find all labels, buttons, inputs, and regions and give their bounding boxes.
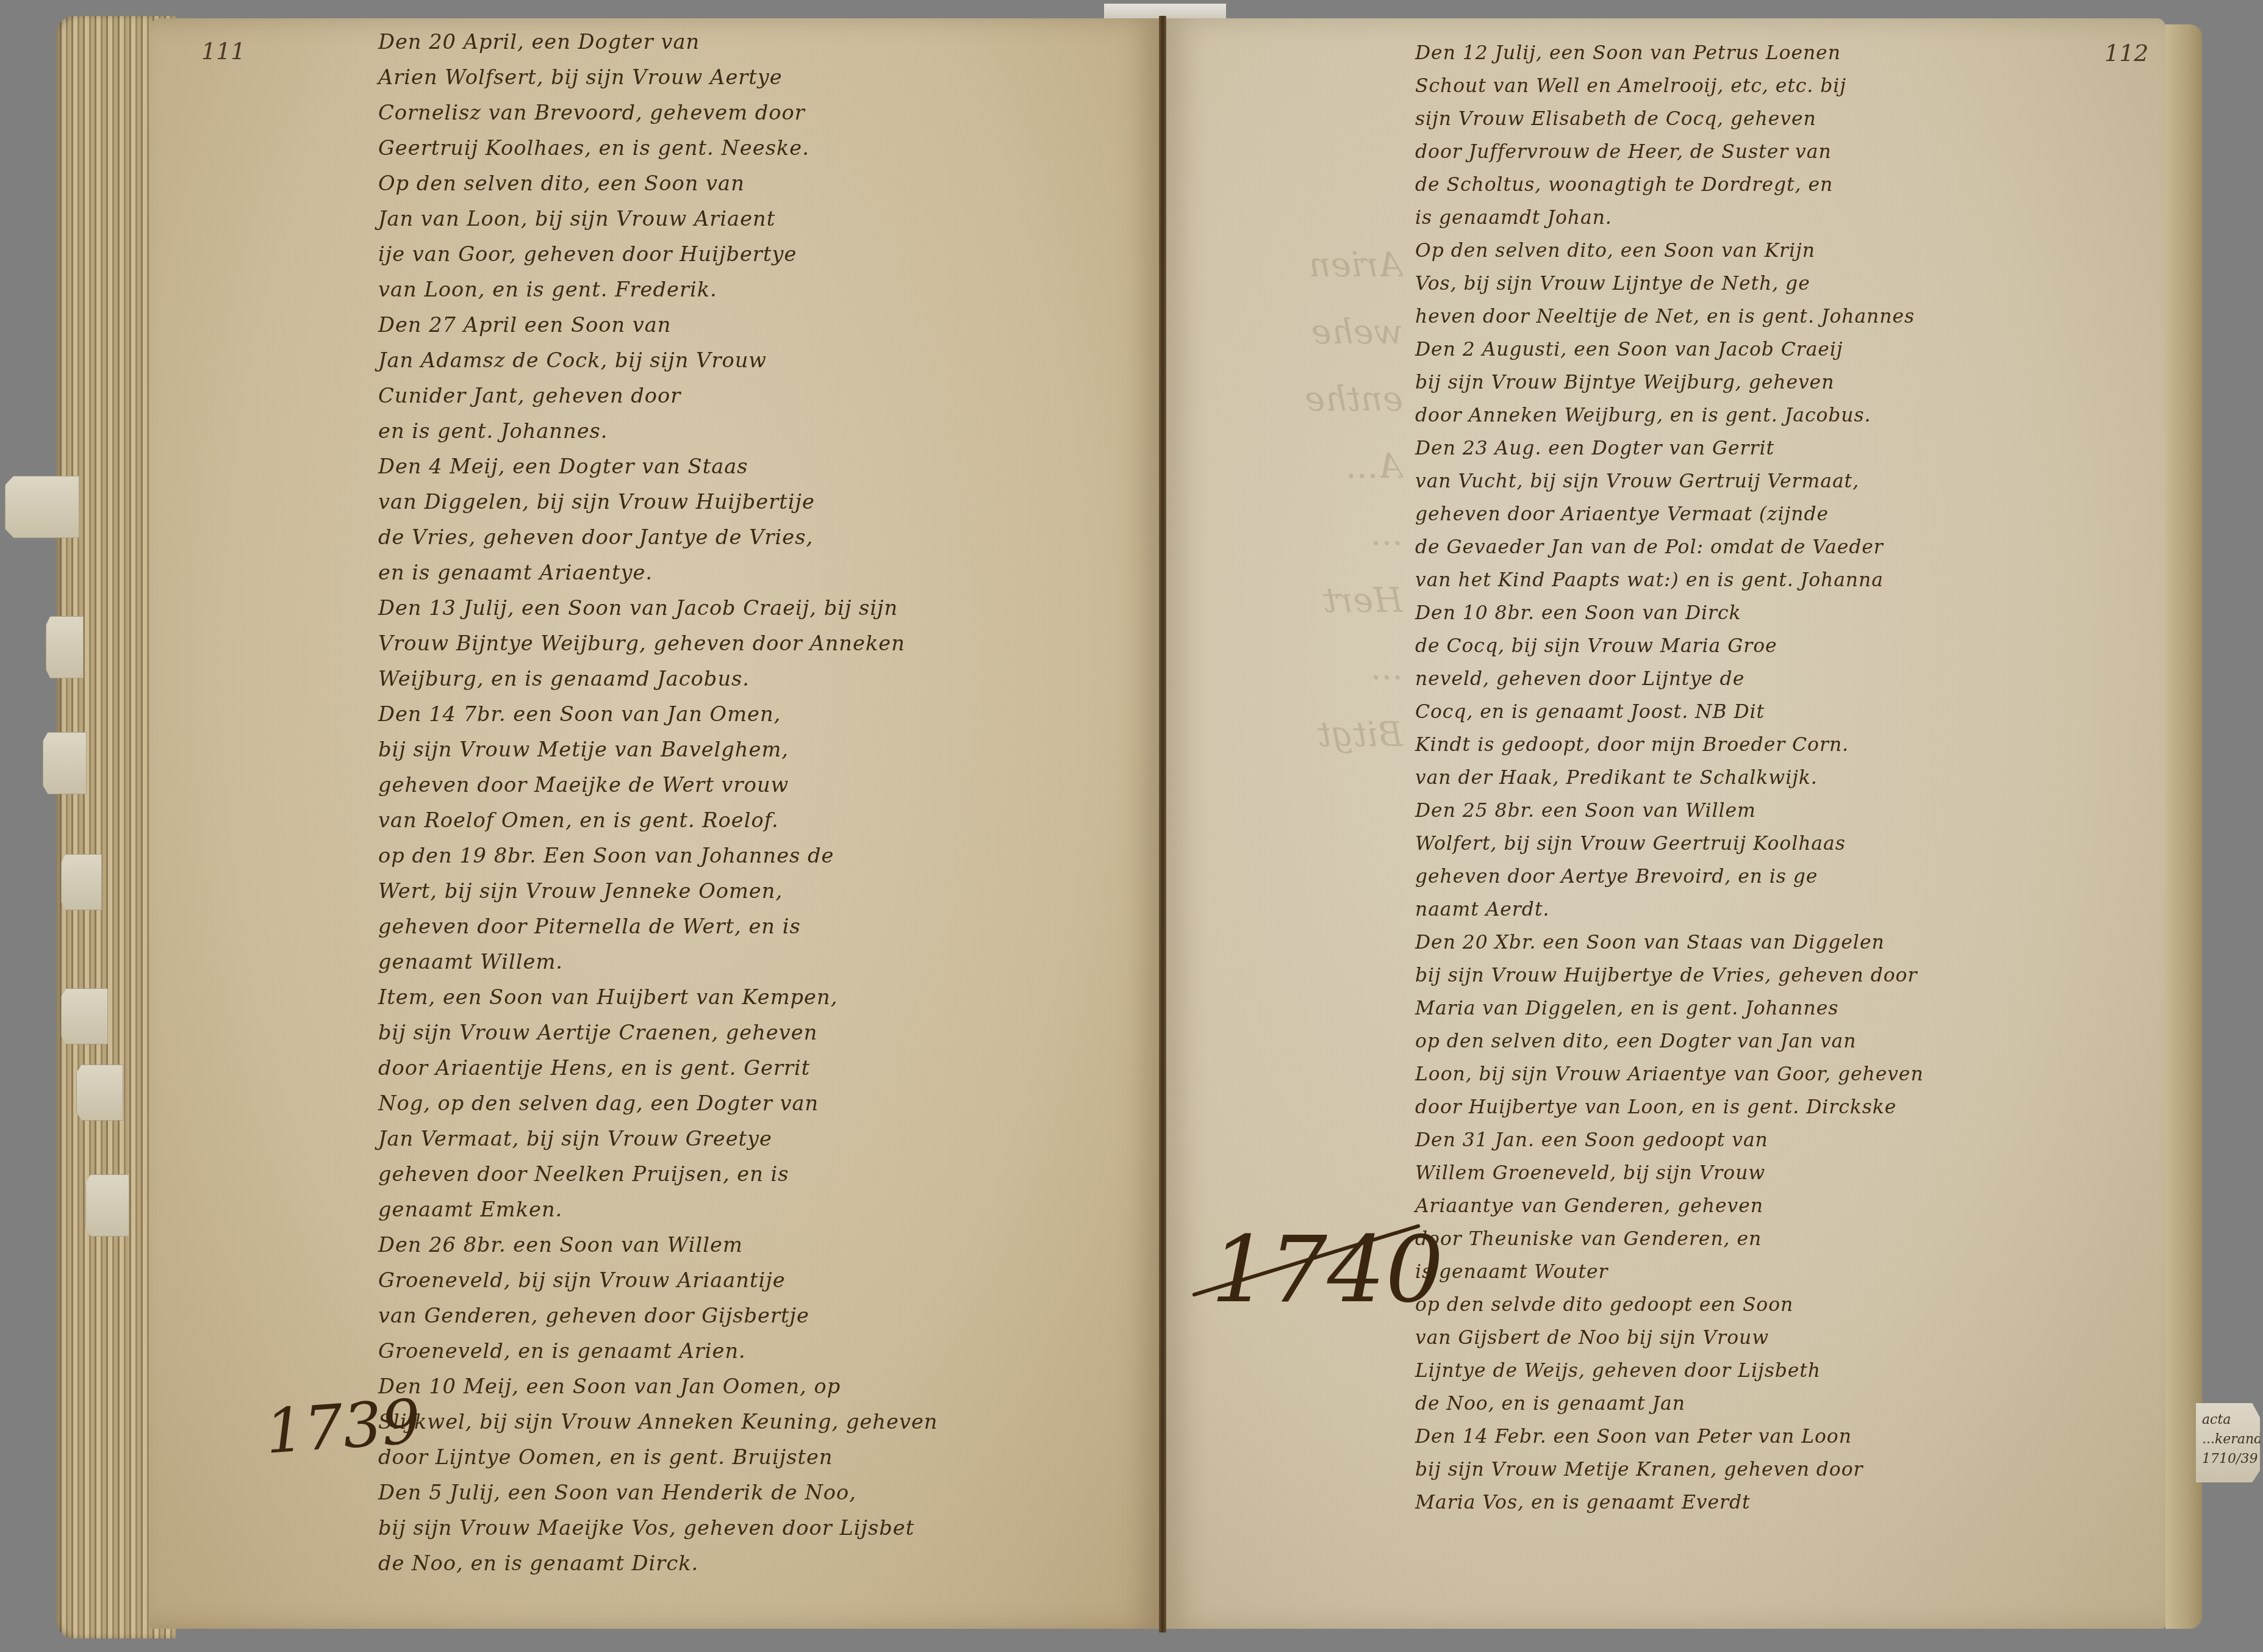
- register-line: Wolfert, bij sijn Vrouw Geertruij Koolha…: [1415, 827, 2135, 860]
- register-line: Cocq, en is genaamt Joost. NB Dit: [1415, 695, 2135, 728]
- register-line: Loon, bij sijn Vrouw Ariaentye van Goor,…: [1415, 1058, 2135, 1091]
- register-line: Groeneveld, bij sijn Vrouw Ariaantije: [378, 1263, 1128, 1298]
- register-line: neveld, geheven door Lijntye de: [1415, 663, 2135, 695]
- register-line: Den 20 April, een Dogter van: [378, 24, 1128, 60]
- register-line: Den 20 Xbr. een Soon van Staas van Digge…: [1415, 926, 2135, 959]
- register-line: de Cocq, bij sijn Vrouw Maria Groe: [1415, 630, 2135, 663]
- left-page-entries: Den 20 April, een Dogter vanArien Wolfse…: [378, 24, 1128, 1581]
- register-line: Wert, bij sijn Vrouw Jenneke Oomen,: [378, 874, 1128, 909]
- register-line: Vos, bij sijn Vrouw Lijntye de Neth, ge: [1415, 267, 2135, 300]
- register-line: Den 26 8br. een Soon van Willem: [378, 1227, 1128, 1263]
- register-line: bij sijn Vrouw Aertije Craenen, geheven: [378, 1015, 1128, 1050]
- register-line: Slijkwel, bij sijn Vrouw Anneken Keuning…: [378, 1404, 1128, 1440]
- right-page-entries: Den 12 Julij, een Soon van Petrus Loenen…: [1415, 37, 2135, 1519]
- register-line: geheven door Aertye Brevoird, en is ge: [1415, 860, 2135, 893]
- index-tab: [5, 476, 79, 538]
- register-line: Cunider Jant, geheven door: [378, 378, 1128, 414]
- register-line: Den 4 Meij, een Dogter van Staas: [378, 449, 1128, 484]
- register-line: Den 10 8br. een Soon van Dirck: [1415, 597, 2135, 630]
- register-line: Den 12 Julij, een Soon van Petrus Loenen: [1415, 37, 2135, 70]
- register-line: Jan Adamsz de Cock, bij sijn Vrouw: [378, 343, 1128, 378]
- register-line: bij sijn Vrouw Metije Kranen, geheven do…: [1415, 1453, 2135, 1486]
- register-line: genaamt Willem.: [378, 944, 1128, 980]
- register-line: van Gijsbert de Noo bij sijn Vrouw: [1415, 1321, 2135, 1354]
- register-line: Maria Vos, en is genaamt Everdt: [1415, 1486, 2135, 1519]
- register-line: op den selvde dito gedoopt een Soon: [1415, 1288, 2135, 1321]
- register-line: geheven door Piternella de Wert, en is: [378, 909, 1128, 944]
- index-tab: [61, 854, 102, 910]
- register-line: door Theuniske van Genderen, en: [1415, 1223, 2135, 1255]
- label-line: ...kerand: [2202, 1430, 2258, 1449]
- register-line: Den 23 Aug. een Dogter van Gerrit: [1415, 432, 2135, 465]
- register-line: Kindt is gedoopt, door mijn Broeder Corn…: [1415, 728, 2135, 761]
- register-line: geheven door Ariaentye Vermaat (zijnde: [1415, 498, 2135, 531]
- register-line: van Genderen, geheven door Gijsbertje: [378, 1298, 1128, 1334]
- register-line: is genaamdt Johan.: [1415, 201, 2135, 234]
- index-tab: [43, 732, 87, 794]
- show-through-text: ArienweheentheA......Hert...Bitgt: [1202, 232, 1403, 1208]
- book-gutter: [1159, 16, 1166, 1632]
- register-line: Groeneveld, en is genaamt Arien.: [378, 1334, 1128, 1369]
- register-line: Den 2 Augusti, een Soon van Jacob Craeij: [1415, 333, 2135, 366]
- register-line: bij sijn Vrouw Bijntye Weijburg, geheven: [1415, 366, 2135, 399]
- register-line: de Noo, en is genaamt Dirck.: [378, 1546, 1128, 1581]
- register-line: Vrouw Bijntye Weijburg, geheven door Ann…: [378, 626, 1128, 661]
- register-line: is genaamt Wouter: [1415, 1255, 2135, 1288]
- register-line: Den 25 8br. een Soon van Willem: [1415, 794, 2135, 827]
- register-line: Geertruij Koolhaes, en is gent. Neeske.: [378, 131, 1128, 166]
- register-line: ije van Goor, geheven door Huijbertye: [378, 237, 1128, 272]
- register-line: Op den selven dito, een Soon van: [378, 166, 1128, 201]
- register-line: geheven door Maeijke de Wert vrouw: [378, 767, 1128, 803]
- register-line: Weijburg, en is genaamd Jacobus.: [378, 661, 1128, 697]
- year-margin-note-1739: 1739: [263, 1385, 423, 1467]
- register-line: Jan van Loon, bij sijn Vrouw Ariaent: [378, 201, 1128, 237]
- register-line: door Juffervrouw de Heer, de Suster van: [1415, 135, 2135, 168]
- register-line: Maria van Diggelen, en is gent. Johannes: [1415, 992, 2135, 1025]
- register-line: van Diggelen, bij sijn Vrouw Huijbertije: [378, 484, 1128, 520]
- year-margin-note-1740: 1740: [1211, 1217, 1444, 1323]
- register-line: de Vries, geheven door Jantye de Vries,: [378, 520, 1128, 555]
- register-line: door Lijntye Oomen, en is gent. Bruijste…: [378, 1440, 1128, 1475]
- register-line: de Noo, en is genaamt Jan: [1415, 1387, 2135, 1420]
- register-line: door Anneken Weijburg, en is gent. Jacob…: [1415, 399, 2135, 432]
- register-line: geheven door Neelken Pruijsen, en is: [378, 1157, 1128, 1192]
- register-line: de Scholtus, woonagtigh te Dordregt, en: [1415, 168, 2135, 201]
- register-line: van Roelof Omen, en is gent. Roelof.: [378, 803, 1128, 838]
- register-line: naamt Aerdt.: [1415, 893, 2135, 926]
- register-line: Schout van Well en Amelrooij, etc, etc. …: [1415, 70, 2135, 102]
- register-line: Den 14 7br. een Soon van Jan Omen,: [378, 697, 1128, 732]
- register-line: en is genaamt Ariaentye.: [378, 555, 1128, 591]
- register-line: bij sijn Vrouw Metije van Bavelghem,: [378, 732, 1128, 767]
- register-line: Den 27 April een Soon van: [378, 307, 1128, 343]
- register-line: van der Haak, Predikant te Schalkwijk.: [1415, 761, 2135, 794]
- archive-label-tab: acta ...kerand 1710/39: [2196, 1403, 2260, 1482]
- register-line: Den 13 Julij, een Soon van Jacob Craeij,…: [378, 591, 1128, 626]
- label-line: 1710/39: [2202, 1449, 2258, 1469]
- index-tab: [46, 616, 84, 678]
- index-tab: [85, 1174, 129, 1237]
- register-line: Ariaantye van Genderen, geheven: [1415, 1190, 2135, 1223]
- register-line: Den 10 Meij, een Soon van Jan Oomen, op: [378, 1369, 1128, 1404]
- register-line: Den 14 Febr. een Soon van Peter van Loon: [1415, 1420, 2135, 1453]
- register-line: Willem Groeneveld, bij sijn Vrouw: [1415, 1157, 2135, 1190]
- register-line: heven door Neeltije de Net, en is gent. …: [1415, 300, 2135, 333]
- register-line: op den 19 8br. Een Soon van Johannes de: [378, 838, 1128, 874]
- register-line: Item, een Soon van Huijbert van Kempen,: [378, 980, 1128, 1015]
- register-line: Den 31 Jan. een Soon gedoopt van: [1415, 1124, 2135, 1157]
- register-line: Nog, op den selven dag, een Dogter van: [378, 1086, 1128, 1121]
- label-line: acta: [2202, 1410, 2258, 1430]
- open-register-book: 111 112 ArienweheentheA......Hert...Bitg…: [0, 0, 2263, 1652]
- register-line: en is gent. Johannes.: [378, 414, 1128, 449]
- register-line: op den selven dito, een Dogter van Jan v…: [1415, 1025, 2135, 1058]
- register-line: Arien Wolfsert, bij sijn Vrouw Aertye: [378, 60, 1128, 95]
- register-line: van Vucht, bij sijn Vrouw Gertruij Verma…: [1415, 465, 2135, 498]
- folio-number-left: 111: [201, 38, 246, 65]
- register-line: door Ariaentije Hens, en is gent. Gerrit: [378, 1050, 1128, 1086]
- right-page-edge: [2165, 24, 2202, 1629]
- register-line: bij sijn Vrouw Maeijke Vos, geheven door…: [378, 1510, 1128, 1546]
- register-line: Op den selven dito, een Soon van Krijn: [1415, 234, 2135, 267]
- register-line: Cornelisz van Brevoord, gehevem door: [378, 95, 1128, 131]
- register-line: Lijntye de Weijs, geheven door Lijsbeth: [1415, 1354, 2135, 1387]
- index-tab: [61, 988, 108, 1044]
- register-line: genaamt Emken.: [378, 1192, 1128, 1227]
- register-line: door Huijbertye van Loon, en is gent. Di…: [1415, 1091, 2135, 1124]
- register-line: van het Kind Paapts wat:) en is gent. Jo…: [1415, 564, 2135, 597]
- register-line: van Loon, en is gent. Frederik.: [378, 272, 1128, 307]
- register-line: de Gevaeder Jan van de Pol: omdat de Vae…: [1415, 531, 2135, 564]
- register-line: bij sijn Vrouw Huijbertye de Vries, gehe…: [1415, 959, 2135, 992]
- register-line: sijn Vrouw Elisabeth de Cocq, geheven: [1415, 102, 2135, 135]
- register-line: Jan Vermaat, bij sijn Vrouw Greetye: [378, 1121, 1128, 1157]
- index-tab: [76, 1065, 123, 1121]
- register-line: Den 5 Julij, een Soon van Henderik de No…: [378, 1475, 1128, 1510]
